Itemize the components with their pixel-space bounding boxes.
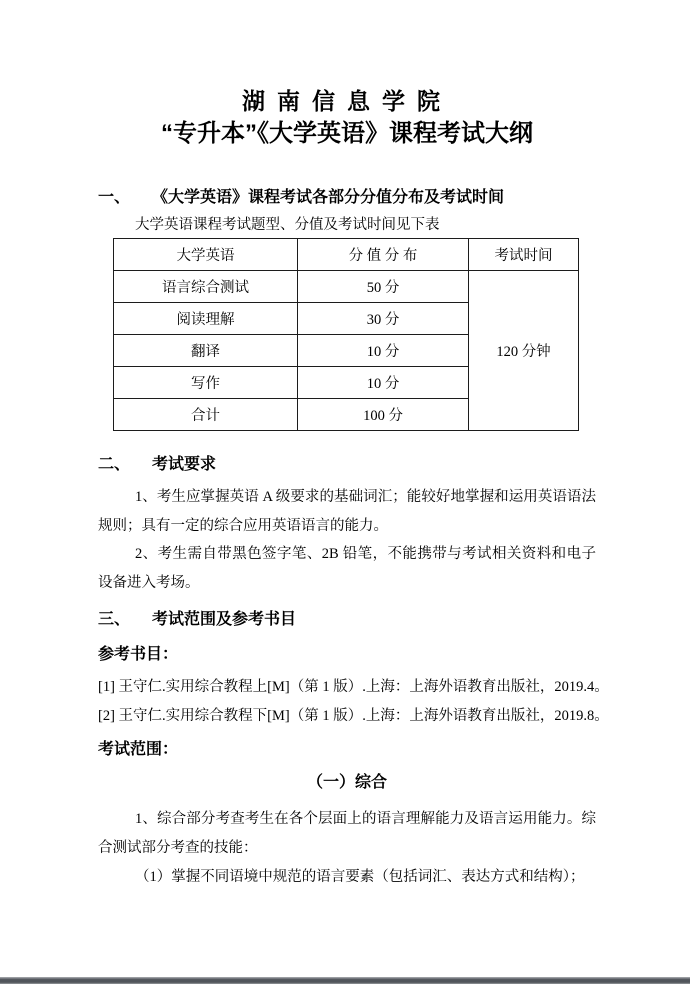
item-cell: 翻译 <box>114 335 298 367</box>
header-duration-cell: 考试时间 <box>469 239 579 271</box>
duration-cell: 120 分钟 <box>469 271 579 431</box>
section-3-title: 考试范围及参考书目 <box>152 611 296 628</box>
score-cell: 100 分 <box>298 399 469 431</box>
item-cell: 合计 <box>114 399 298 431</box>
requirements-paragraph-1: 1、考生应掌握英语 A 级要求的基础词汇；能较好地掌握和运用英语语法规则；具有一… <box>98 483 596 540</box>
table-header-row: 大学英语 分 值 分 布 考试时间 <box>114 239 579 271</box>
document-title-line1: 湖南信息学院 <box>98 86 596 116</box>
header-score-cell: 分 值 分 布 <box>298 239 469 271</box>
exam-scope-label: 考试范围： <box>98 738 596 762</box>
item-cell: 阅读理解 <box>114 303 298 335</box>
reference-entry-1: [1] 王守仁.实用综合教程上[M]（第 1 版）.上海：上海外语教育出版社，2… <box>98 673 596 702</box>
reference-entry-2: [2] 王守仁.实用综合教程下[M]（第 1 版）.上海：上海外语教育出版社，2… <box>98 702 596 731</box>
header-course-cell: 大学英语 <box>114 239 298 271</box>
score-cell: 50 分 <box>298 271 469 303</box>
score-cell: 10 分 <box>298 335 469 367</box>
table-intro-text: 大学英语课程考试题型、分值及考试时间见下表 <box>98 214 596 236</box>
item-cell: 语言综合测试 <box>114 271 298 303</box>
subsection-1-title: （一）综合 <box>98 771 596 795</box>
section-2-heading: 二、考试要求 <box>98 454 596 476</box>
page-bottom-edge <box>0 977 690 984</box>
section-1-number: 一、 <box>98 187 152 209</box>
document-content: 湖南信息学院 “专升本”《大学英语》课程考试大纲 一、《大学英语》课程考试各部分… <box>0 86 690 891</box>
section-3-number: 三、 <box>98 609 152 631</box>
requirements-paragraph-2: 2、考生需自带黑色签字笔、2B 铅笔，不能携带与考试相关资料和电子设备进入考场。 <box>98 540 596 597</box>
score-cell: 10 分 <box>298 367 469 399</box>
section-1-heading: 一、《大学英语》课程考试各部分分值分布及考试时间 <box>98 187 596 209</box>
table-row: 语言综合测试 50 分 120 分钟 <box>114 271 579 303</box>
reference-books-label: 参考书目： <box>98 643 596 667</box>
score-cell: 30 分 <box>298 303 469 335</box>
item-cell: 写作 <box>114 367 298 399</box>
section-2-number: 二、 <box>98 454 152 476</box>
skill-item-1: （1）掌握不同语境中规范的语言要素（包括词汇、表达方式和结构）； <box>98 863 596 892</box>
document-title-line2: “专升本”《大学英语》课程考试大纲 <box>98 118 596 150</box>
document-page: 湖南信息学院 “专升本”《大学英语》课程考试大纲 一、《大学英语》课程考试各部分… <box>0 0 690 987</box>
score-distribution-table: 大学英语 分 值 分 布 考试时间 语言综合测试 50 分 120 分钟 阅读理… <box>113 238 579 431</box>
section-3-heading: 三、考试范围及参考书目 <box>98 609 596 631</box>
comprehensive-paragraph: 1、综合部分考查考生在各个层面上的语言理解能力及语言运用能力。综合测试部分考查的… <box>98 805 596 862</box>
section-1-title: 《大学英语》课程考试各部分分值分布及考试时间 <box>152 189 504 206</box>
section-2-title: 考试要求 <box>152 456 216 473</box>
